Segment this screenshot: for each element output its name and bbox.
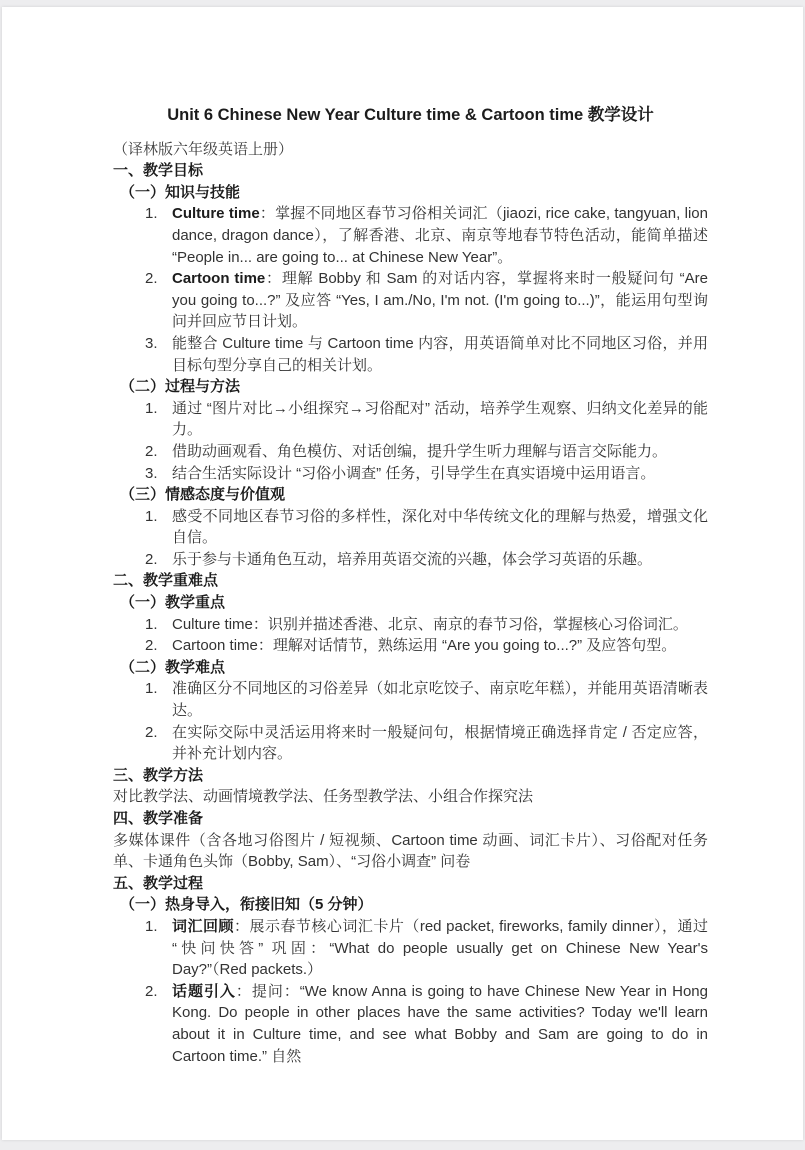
subsection-heading: （二）过程与方法 [120,376,708,398]
list-number: 2. [145,635,172,657]
list-number: 2. [145,441,172,463]
list-item: 1.Culture time：掌握不同地区春节习俗相关词汇（jiaozi, ri… [145,203,708,268]
subsection-heading: （三）情感态度与价值观 [120,484,708,506]
list-item-text: 话题引入：提问：“We know Anna is going to have C… [172,981,708,1067]
list-item: 1.通过 “图片对比→小组探究→习俗配对” 活动，培养学生观察、归纳文化差异的能… [145,398,708,441]
section-heading: 三、教学方法 [113,765,708,787]
list-number: 1. [145,678,172,721]
screenshot-canvas: Unit 6 Chinese New Year Culture time & C… [0,0,805,1150]
list-number: 2. [145,722,172,765]
section-heading: 一、教学目标 [113,160,708,182]
list-item-text: 准确区分不同地区的习俗差异（如北京吃饺子、南京吃年糕），并能用英语清晰表达。 [172,678,708,721]
list-item: 1.感受不同地区春节习俗的多样性，深化对中华传统文化的理解与热爱，增强文化自信。 [145,506,708,549]
document-content: Unit 6 Chinese New Year Culture time & C… [2,7,803,1067]
list-item-text: 在实际交际中灵活运用将来时一般疑问句，根据情境正确选择肯定 / 否定应答，并补充… [172,722,708,765]
list-item-text: 感受不同地区春节习俗的多样性，深化对中华传统文化的理解与热爱，增强文化自信。 [172,506,708,549]
document-subtitle: （译林版六年级英语上册） [113,139,708,161]
list-number: 1. [145,203,172,268]
list-number: 3. [145,463,172,485]
list-item-text: 能整合 Culture time 与 Cartoon time 内容，用英语简单… [172,333,708,376]
list-number: 2. [145,549,172,571]
document-page: Unit 6 Chinese New Year Culture time & C… [2,7,803,1140]
document-blocks: 一、教学目标（一）知识与技能1.Culture time：掌握不同地区春节习俗相… [113,160,708,1067]
section-heading: 二、教学重难点 [113,570,708,592]
section-heading: 五、教学过程 [113,873,708,895]
list-item-text: 结合生活实际设计 “习俗小调查” 任务，引导学生在真实语境中运用语言。 [172,463,708,485]
list-item: 3.结合生活实际设计 “习俗小调查” 任务，引导学生在真实语境中运用语言。 [145,463,708,485]
list-item: 1.词汇回顾：展示春节核心词汇卡片（red packet, fireworks,… [145,916,708,981]
list-item: 1.准确区分不同地区的习俗差异（如北京吃饺子、南京吃年糕），并能用英语清晰表达。 [145,678,708,721]
paragraph: 对比教学法、动画情境教学法、任务型教学法、小组合作探究法 [113,786,708,808]
subsection-heading: （一）知识与技能 [120,182,708,204]
paragraph: 多媒体课件（含各地习俗图片 / 短视频、Cartoon time 动画、词汇卡片… [113,830,708,873]
list-item-text: 通过 “图片对比→小组探究→习俗配对” 活动，培养学生观察、归纳文化差异的能力。 [172,398,708,441]
list-number: 3. [145,333,172,376]
list-item-text: 乐于参与卡通角色互动，培养用英语交流的兴趣，体会学习英语的乐趣。 [172,549,708,571]
section-heading: 四、教学准备 [113,808,708,830]
list-item: 2.Cartoon time：理解 Bobby 和 Sam 的对话内容，掌握将来… [145,268,708,333]
list-item: 2.乐于参与卡通角色互动，培养用英语交流的兴趣，体会学习英语的乐趣。 [145,549,708,571]
list-item: 2.话题引入：提问：“We know Anna is going to have… [145,981,708,1067]
list-item-lead: 话题引入 [172,983,236,1000]
list-item-lead: Cartoon time [172,270,265,287]
list-item-text: Cartoon time：理解 Bobby 和 Sam 的对话内容，掌握将来时一… [172,268,708,333]
list-item-text: Cartoon time：理解对话情节，熟练运用 “Are you going … [172,635,708,657]
list-item-text: Culture time：识别并描述香港、北京、南京的春节习俗，掌握核心习俗词汇… [172,614,708,636]
list-number: 1. [145,506,172,549]
list-item-lead: Culture time [172,205,260,222]
list-item-text: Culture time：掌握不同地区春节习俗相关词汇（jiaozi, rice… [172,203,708,268]
list-number: 1. [145,398,172,441]
list-number: 1. [145,614,172,636]
list-item: 2.借助动画观看、角色模仿、对话创编，提升学生听力理解与语言交际能力。 [145,441,708,463]
list-number: 2. [145,268,172,333]
list-item: 2.Cartoon time：理解对话情节，熟练运用 “Are you goin… [145,635,708,657]
list-item-text: 借助动画观看、角色模仿、对话创编，提升学生听力理解与语言交际能力。 [172,441,708,463]
list-item-lead: 词汇回顾 [172,918,234,935]
list-item-text: 词汇回顾：展示春节核心词汇卡片（red packet, fireworks, f… [172,916,708,981]
list-item: 3.能整合 Culture time 与 Cartoon time 内容，用英语… [145,333,708,376]
list-number: 2. [145,981,172,1067]
list-item: 2.在实际交际中灵活运用将来时一般疑问句，根据情境正确选择肯定 / 否定应答，并… [145,722,708,765]
list-item: 1.Culture time：识别并描述香港、北京、南京的春节习俗，掌握核心习俗… [145,614,708,636]
subsection-heading: （一）教学重点 [120,592,708,614]
subsection-heading: （二）教学难点 [120,657,708,679]
list-number: 1. [145,916,172,981]
document-title: Unit 6 Chinese New Year Culture time & C… [113,105,708,127]
subsection-heading: （一）热身导入，衔接旧知（5 分钟） [120,894,708,916]
